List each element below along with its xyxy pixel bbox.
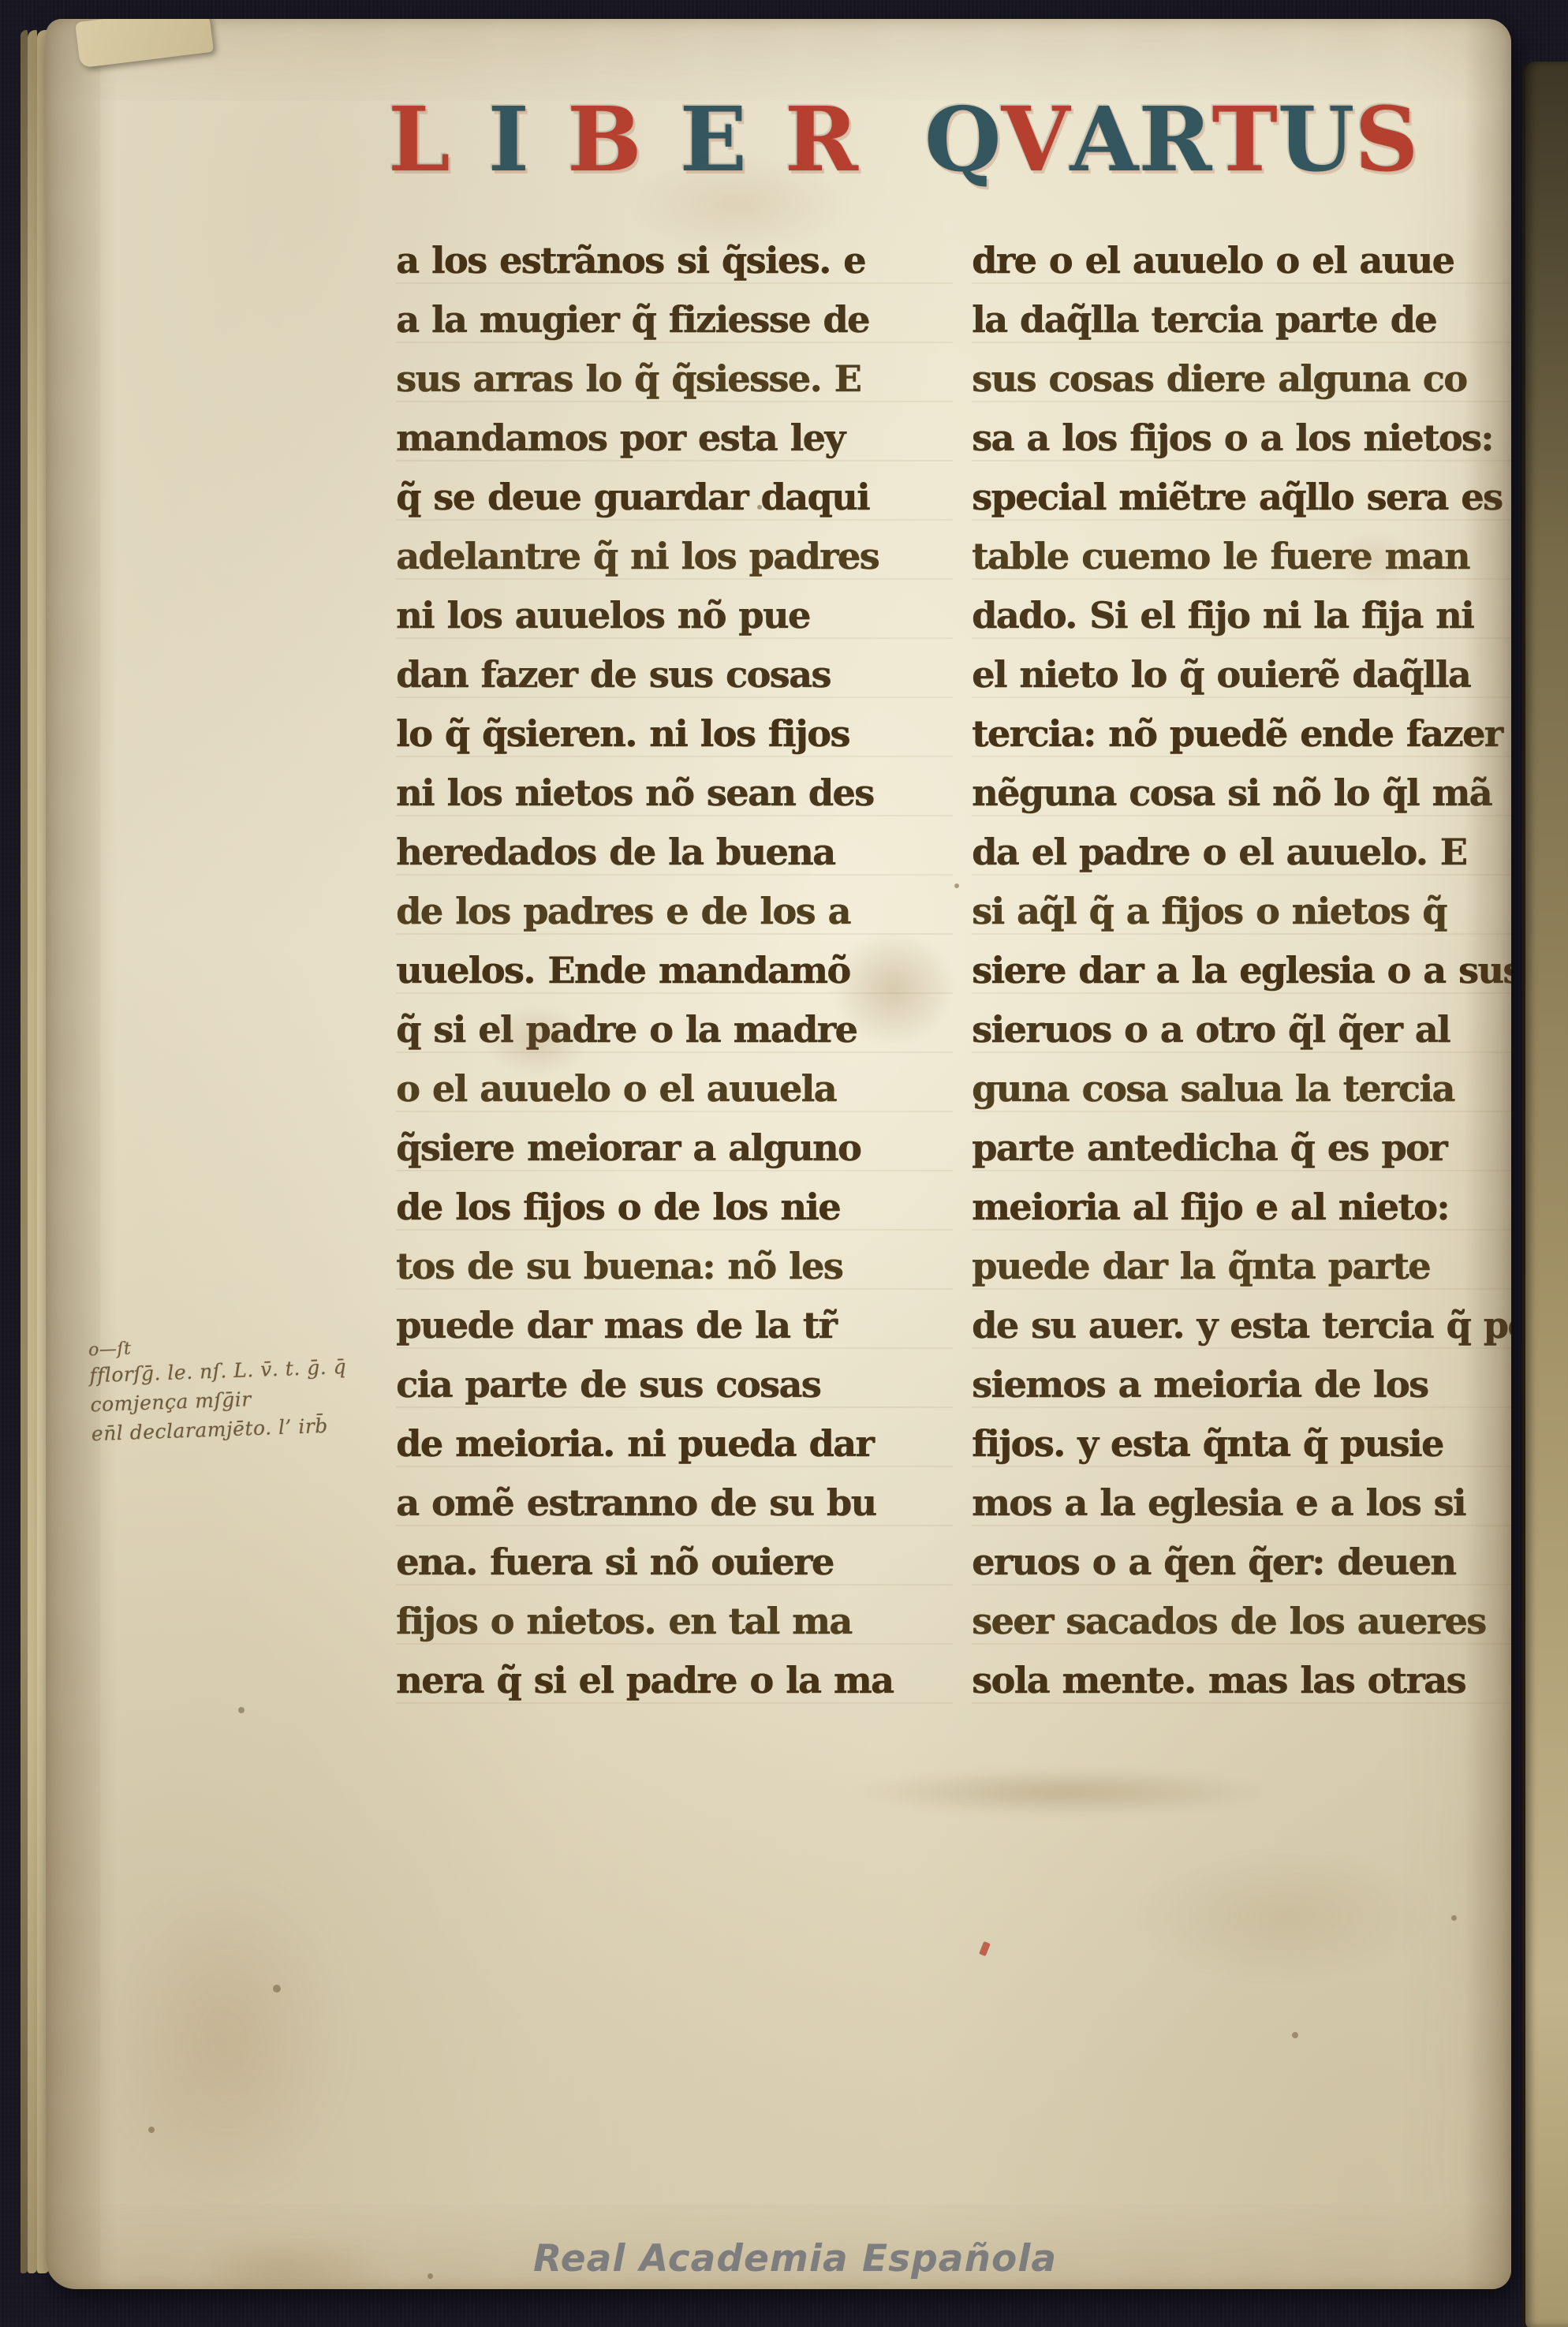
text-line: a los estrãnos si q̃sies. e [396, 233, 953, 293]
text-line: de los padres e de los a [396, 884, 953, 943]
text-line: siere dar a la eglesia o a sus [972, 943, 1511, 1003]
text-line: parte antedicha q̃ es por [972, 1121, 1511, 1180]
text-column-left: a los estrãnos si q̃sies. ea la mugier q… [396, 233, 953, 1713]
text-line: ni los nietos nõ sean des [396, 766, 953, 825]
header-letter: V [1002, 92, 1070, 189]
text-line: ni los auuelos nõ pue [396, 588, 953, 648]
text-line: ena. fuera si nõ ouiere [396, 1535, 953, 1594]
page-edge-strip [28, 30, 37, 2273]
text-line: tercia: nõ puedẽ ende fazer [972, 707, 1511, 766]
margin-note: o—ſt fflorſḡ. le. nſ. L. v̄. t. ḡ. q̄com… [88, 1329, 424, 1449]
manuscript-page: LIBER QVARTUS a los estrãnos si q̃sies. … [46, 19, 1511, 2289]
text-line: sa a los fijos o a los nietos: [972, 411, 1511, 470]
header-letter: I [488, 92, 529, 189]
text-line: sieruos o a otro q̃l q̃er al [972, 1003, 1511, 1062]
header-letter: S [1354, 92, 1418, 189]
stain [101, 1865, 353, 2212]
text-line: heredados de la buena [396, 825, 953, 884]
header-word-liber: LIBER [388, 92, 858, 202]
text-line: el nieto lo q̃ ouierẽ daq̃lla [972, 648, 1511, 707]
text-line: mandamos por esta ley [396, 411, 953, 470]
text-line: uuelos. Ende mandamõ [396, 943, 953, 1003]
header-letter: R [1138, 92, 1211, 189]
stain [196, 2235, 385, 2289]
book-page-edges-left [21, 30, 49, 2280]
text-line: q̃siere meiorar a alguno [396, 1121, 953, 1180]
header-letter: A [1070, 92, 1138, 189]
text-line: puede dar la q̃nta parte [972, 1239, 1511, 1298]
text-line: de meioria. ni pueda dar [396, 1417, 953, 1476]
text-line: si aq̃l q̃ a fijos o nietos q̃ [972, 884, 1511, 943]
text-line: table cuemo le fuere man [972, 529, 1511, 588]
text-line: special miẽtre aq̃llo sera es [972, 470, 1511, 529]
text-line: adelantre q̃ ni los padres [396, 529, 953, 588]
text-line: nẽguna cosa si nõ lo q̃l mã [972, 766, 1511, 825]
ink-speck [273, 1985, 281, 1993]
text-line: puede dar mas de la tr̃ [396, 1298, 953, 1358]
text-line: guna cosa salua la tercia [972, 1062, 1511, 1121]
text-line: mos a la eglesia e a los si [972, 1476, 1511, 1535]
header-letter: Q [924, 92, 1002, 189]
margin-note-lines: fflorſḡ. le. nſ. L. v̄. t. ḡ. q̄comjença… [89, 1350, 424, 1449]
text-line: fijos o nietos. en tal ma [396, 1594, 953, 1653]
header-letter: B [567, 92, 642, 189]
text-line: meioria al fijo e al nieto: [972, 1180, 1511, 1239]
text-line: siemos a meioria de los [972, 1358, 1511, 1417]
text-line: dado. Si el fijo ni la fija ni [972, 588, 1511, 648]
page-edge-strip [21, 30, 28, 2273]
text-line: tos de su buena: nõ les [396, 1239, 953, 1298]
text-line: nera q̃ si el padre o la ma [396, 1653, 953, 1713]
text-line: sus arras lo q̃ q̃siesse. E [396, 352, 953, 411]
text-line: cia parte de sus cosas [396, 1358, 953, 1417]
text-line: seer sacados de los aueres [972, 1594, 1511, 1653]
stain [1134, 1849, 1434, 1983]
text-line: o el auuelo o el auuela [396, 1062, 953, 1121]
erased-text-smudge [858, 1769, 1268, 1816]
ink-speck [427, 2273, 433, 2279]
text-line: dan fazer de sus cosas [396, 648, 953, 707]
text-line: da el padre o el auuelo. E [972, 825, 1511, 884]
next-page-edge [1522, 62, 1568, 2327]
header-letter: L [388, 92, 450, 189]
text-line: q̃ se deue guardar daqui [396, 470, 953, 529]
header-letter: E [680, 92, 747, 189]
text-line: fijos. y esta q̃nta q̃ pusie [972, 1417, 1511, 1476]
text-line: lo q̃ q̃sieren. ni los fijos [396, 707, 953, 766]
text-line: de su auer. y esta tercia q̃ po [972, 1298, 1511, 1358]
ink-speck [757, 505, 762, 510]
ink-speck [148, 2127, 155, 2133]
text-line: a la mugier q̃ fiziesse de [396, 293, 953, 352]
ink-speck [238, 1707, 245, 1713]
text-line: de los fijos o de los nie [396, 1180, 953, 1239]
red-pen-mark [979, 1941, 991, 1956]
header-word-quartus: QVARTUS [924, 92, 1415, 202]
header-letter: U [1278, 92, 1355, 189]
folded-corner [75, 19, 214, 68]
ink-speck [1451, 1915, 1457, 1921]
text-line: dre o el auuelo o el auue [972, 233, 1511, 293]
text-line: q̃ si el padre o la madre [396, 1003, 953, 1062]
ink-speck [954, 883, 959, 888]
header-letter: R [785, 92, 858, 189]
text-line: sus cosas diere alguna co [972, 352, 1511, 411]
text-line: la daq̃lla tercia parte de [972, 293, 1511, 352]
header-letter: T [1211, 92, 1277, 189]
text-line: sola mente. mas las otras [972, 1653, 1511, 1713]
text-column-right: dre o el auuelo o el auuela daq̃lla terc… [972, 233, 1511, 1713]
watermark: Real Academia Española [456, 2237, 1134, 2280]
ink-speck [1292, 2032, 1298, 2038]
text-line: eruos o a q̃en q̃er: deuen [972, 1535, 1511, 1594]
text-line: a omẽ estranno de su bu [396, 1476, 953, 1535]
